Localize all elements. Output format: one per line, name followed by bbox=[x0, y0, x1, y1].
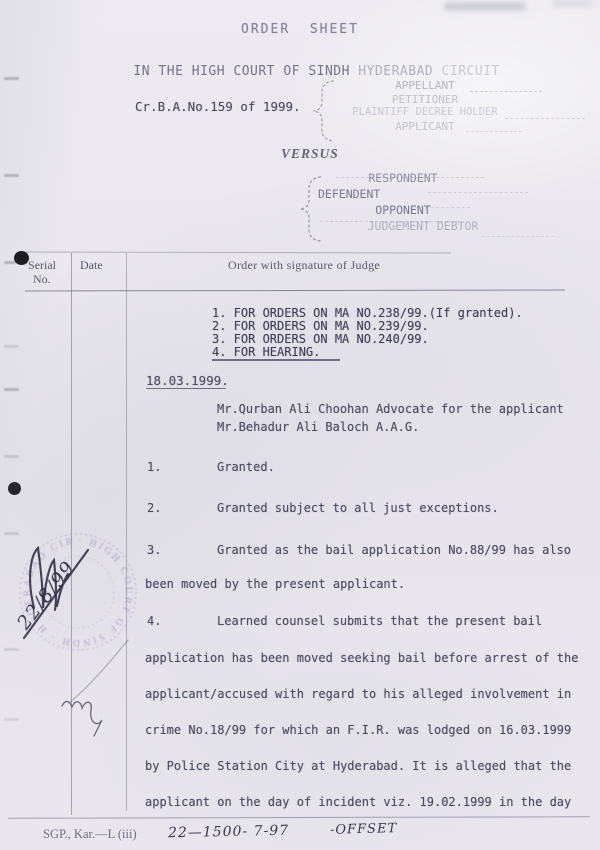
party-label: RESPONDENT bbox=[318, 170, 488, 186]
motion-line: 2. FOR ORDERS ON MA NO.239/99. bbox=[212, 319, 429, 333]
versus-label: VERSUS bbox=[281, 146, 339, 162]
order-item-text: been moved by the present applicant. bbox=[145, 577, 405, 591]
handwritten-date: 22/8/99 bbox=[12, 557, 79, 635]
motion-underline bbox=[212, 359, 340, 361]
party-label: DEFENDENT bbox=[318, 186, 488, 202]
applicant-label-block: APPELLANT PETITIONER PLAINTIFF DECREE HO… bbox=[345, 79, 505, 133]
stitch-mark bbox=[4, 718, 19, 721]
page-title: ORDER SHEET bbox=[0, 22, 600, 37]
stitch-mark bbox=[4, 455, 19, 458]
hearing-date-underline bbox=[146, 388, 226, 389]
handwritten-offset-note: -OFFSET bbox=[330, 821, 398, 838]
hole-punch bbox=[8, 482, 21, 495]
order-item-text: Granted. bbox=[217, 460, 275, 474]
form-line bbox=[505, 118, 585, 119]
column-header-date: Date bbox=[80, 258, 103, 273]
hole-punch bbox=[14, 251, 29, 265]
party-label: PETITIONER bbox=[345, 93, 505, 107]
counsel-line: Mr.Behadur Ali Baloch A.A.G. bbox=[217, 420, 419, 434]
column-header-order: Order with signature of Judge bbox=[228, 258, 380, 273]
handwritten-squiggle bbox=[40, 640, 170, 760]
form-line bbox=[482, 236, 554, 237]
handwritten-print-run: 22—1500- 7-97 bbox=[168, 823, 289, 842]
scan-smudge bbox=[552, 0, 592, 7]
court-name-city: HYDERABAD bbox=[350, 64, 433, 79]
column-header-serial: Serial bbox=[28, 258, 56, 273]
table-header-rule bbox=[25, 290, 565, 292]
form-line bbox=[428, 192, 528, 193]
stitch-mark bbox=[4, 388, 19, 391]
table-bottom-rule bbox=[8, 816, 590, 819]
printer-imprint: SGP., Kar.—L (iii) bbox=[43, 827, 137, 842]
case-number: Cr.B.A.No.159 of 1999. bbox=[135, 99, 301, 114]
order-item-number: 1. bbox=[147, 460, 161, 474]
form-line bbox=[470, 91, 542, 92]
motion-line: 4. FOR HEARING. bbox=[212, 345, 320, 359]
form-line bbox=[466, 131, 522, 132]
order-item-text: Granted as the bail application No.88/99… bbox=[217, 543, 571, 557]
table-top-rule bbox=[25, 251, 451, 253]
motion-line: 3. FOR ORDERS ON MA NO.240/99. bbox=[212, 332, 429, 346]
brace-applicant bbox=[308, 78, 338, 144]
order-item-text: Learned counsel submits that the present… bbox=[217, 614, 542, 628]
court-name-main: IN THE HIGH COURT OF SINDH bbox=[133, 64, 350, 79]
form-line bbox=[336, 177, 484, 178]
respondent-label-block: RESPONDENT DEFENDENT OPPONENT JUDGEMENT … bbox=[318, 170, 488, 234]
order-item-text: application has been moved seeking bail … bbox=[145, 651, 578, 665]
hearing-date: 18.03.1999. bbox=[146, 373, 229, 388]
party-label: OPPONENT bbox=[318, 202, 488, 218]
order-item-text: crime No.18/99 for which an F.I.R. was l… bbox=[145, 723, 571, 737]
court-name-line: IN THE HIGH COURT OF SINDH HYDERABAD CIR… bbox=[0, 49, 600, 94]
court-name-tail: CIRCUIT bbox=[433, 64, 500, 79]
order-sheet-page: ORDER SHEET IN THE HIGH COURT OF SINDH H… bbox=[0, 0, 600, 850]
form-line bbox=[320, 221, 458, 222]
stitch-mark bbox=[4, 174, 19, 177]
order-item-text: by Police Station City at Hyderabad. It … bbox=[145, 759, 571, 773]
order-item-text: applicant/accused with regard to his all… bbox=[145, 687, 571, 701]
stitch-mark bbox=[4, 345, 19, 348]
party-label: PLAINTIFF DECREE HOLDER bbox=[345, 106, 505, 120]
counsel-line: Mr.Qurban Ali Choohan Advocate for the a… bbox=[217, 402, 564, 416]
column-header-serial-no: No. bbox=[33, 272, 51, 287]
motion-line: 1. FOR ORDERS ON MA NO.238/99.(If grante… bbox=[212, 306, 523, 320]
order-item-text: applicant on the day of incident viz. 19… bbox=[145, 795, 571, 809]
order-item-text: Granted subject to all just exceptions. bbox=[217, 501, 499, 515]
form-line bbox=[415, 207, 470, 208]
scan-smudge bbox=[444, 2, 526, 11]
